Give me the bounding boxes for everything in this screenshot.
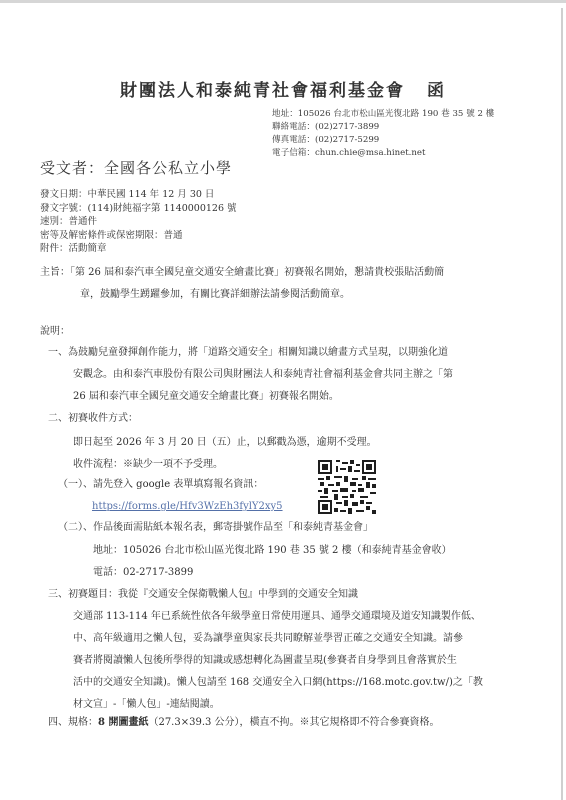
item-1-line-3: 26 屆和泰汽車全國兒童交通安全繪畫比賽」初賽報名開始。 xyxy=(48,386,528,408)
step-2-address: 地址：105026 台北市松山區光復北路 190 巷 35 號 2 樓（和泰純青… xyxy=(93,540,452,562)
explanation-item-2: 二、初賽收件方式： xyxy=(48,408,528,430)
deadline: 即日起至 2026 年 3 月 20 日（五）止，以郵戳為憑，逾期不受理。 xyxy=(73,432,377,454)
contact-block: 地址：105026 台北市松山區光復北路 190 巷 35 號 2 樓 聯絡電話… xyxy=(272,108,494,160)
page-right-edge xyxy=(561,8,563,800)
recipient: 受文者：全國各公私立小學 xyxy=(40,157,232,178)
submission-process: 收件流程：※缺少一項不予受理。 xyxy=(73,454,223,476)
contact-fax: 傳真電話：(02)2717-5299 xyxy=(272,134,494,147)
item-3-heading: 三、初賽題目：我從『交通安全保衛戰懶人包』中學到的交通安全知識 xyxy=(48,584,528,606)
explanation-item-4: 四、規格：8 開圖畫紙（27.3×39.3 公分），橫直不拘。※其它規格即不符合… xyxy=(48,712,528,734)
google-form-link[interactable]: https://forms.gle/Hfv3WzEh3fylY2xy5 xyxy=(92,496,283,518)
document-meta: 發文日期：中華民國 114 年 12 月 30 日 發文字號：(114)財純福字… xyxy=(40,188,237,256)
item-3-line-2: 中、高年級適用之懶人包，妥為讓學童與家長共同瞭解並學習正確之交通安全知識。請參 xyxy=(48,628,528,650)
item-4-paper-size: 8 開圖畫紙 xyxy=(98,717,148,728)
issue-date: 發文日期：中華民國 114 年 12 月 30 日 xyxy=(40,188,237,202)
item-4-rest: （27.3×39.3 公分），橫直不拘。※其它規格即不符合參賽資格。 xyxy=(148,717,439,728)
attachment: 附件：活動簡章 xyxy=(40,242,237,256)
organization-name: 財團法人和泰純青社會福利基金會 xyxy=(120,81,405,101)
delivery-speed: 速別：普通件 xyxy=(40,215,237,229)
explanation-label: 說明： xyxy=(40,322,70,337)
step-1-label: （一）、請先登入 google 表單填寫報名資訊： xyxy=(58,474,263,496)
document-number: 發文字號：(114)財純福字第 1140000126 號 xyxy=(40,202,237,216)
document-title: 財團法人和泰純青社會福利基金會函 xyxy=(0,76,566,101)
qr-code-icon[interactable] xyxy=(318,460,376,514)
step-2-label: （二）、作品後面需貼紙本報名表，郵寄掛號作品至「和泰純青基金會」 xyxy=(58,517,373,539)
item-1-line-1: 一、為鼓勵兒童發揮創作能力，將「道路交通安全」相關知識以繪畫方式呈現，以期強化道 xyxy=(48,342,528,364)
explanation-item-1: 一、為鼓勵兒童發揮創作能力，將「道路交通安全」相關知識以繪畫方式呈現，以期強化道… xyxy=(48,342,528,408)
subject-line-1: 主旨：「第 26 屆和泰汽車全國兒童交通安全繪畫比賽」初賽報名開始，懇請貴校張貼… xyxy=(40,262,530,284)
item-3-line-3: 賽者將閱讀懶人包後所學得的知識或感想轉化為圖畫呈現(參賽者自身學到且會落實於生 xyxy=(48,650,528,672)
item-2-heading: 二、初賽收件方式： xyxy=(48,408,528,430)
contact-phone: 聯絡電話：(02)2717-3899 xyxy=(272,121,494,134)
item-1-line-2: 安觀念。由和泰汽車股份有限公司與財團法人和泰純青社會福利基金會共同主辦之「第 xyxy=(48,364,528,386)
subject: 主旨：「第 26 屆和泰汽車全國兒童交通安全繪畫比賽」初賽報名開始，懇請貴校張貼… xyxy=(40,262,530,306)
step-2-phone: 電話：02-2717-3899 xyxy=(93,562,193,584)
contact-address: 地址：105026 台北市松山區光復北路 190 巷 35 號 2 樓 xyxy=(272,108,494,121)
page-top-edge xyxy=(0,0,566,3)
item-3-line-1: 交通部 113-114 年已系統性依各年級學童日常使用運具、通學交通環境及道安知… xyxy=(48,606,528,628)
subject-line-2: 章，鼓勵學生踴躍參加，有關比賽詳細辦法請參閱活動簡章。 xyxy=(40,284,530,306)
explanation-item-3: 三、初賽題目：我從『交通安全保衛戰懶人包』中學到的交通安全知識 交通部 113-… xyxy=(48,584,528,716)
security-level: 密等及解密條件或保密期限：普通 xyxy=(40,229,237,243)
contact-email: 電子信箱：chun.chie@msa.hinet.net xyxy=(272,147,494,160)
document-type: 函 xyxy=(427,81,446,101)
item-3-line-4: 活中的交通安全知識)。懶人包請至 168 交通安全入口網(https://168… xyxy=(48,672,528,694)
item-4-prefix: 四、規格： xyxy=(48,717,98,728)
